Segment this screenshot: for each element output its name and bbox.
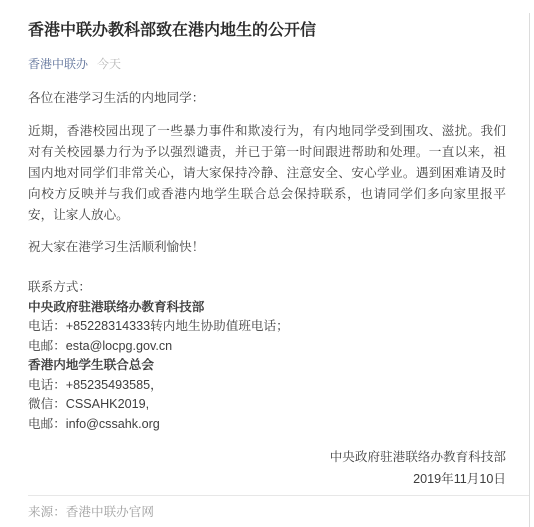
publish-date: 今天 (97, 57, 121, 71)
contact-line-wechat: 微信：CSSAHK2019, (28, 395, 506, 415)
contact-line-email: 电邮：esta@locpg.gov.cn (28, 337, 506, 357)
article-title: 香港中联办教科部致在港内地生的公开信 (28, 20, 506, 42)
main-paragraph: 近期，香港校园出现了一些暴力事件和欺凌行为，有内地同学受到围攻、滋扰。我们对有关… (28, 121, 506, 226)
signature-block: 中央政府驻港联络办教育科技部 2019年11月10日 (28, 446, 506, 490)
contact-line-email: 电邮：info@cssahk.org (28, 415, 506, 435)
salutation: 各位在港学习生活的内地同学： (28, 88, 506, 109)
article: 香港中联办教科部致在港内地生的公开信 香港中联办今天 各位在港学习生活的内地同学… (0, 0, 534, 520)
scrollbar[interactable] (529, 13, 530, 527)
article-body: 各位在港学习生活的内地同学： 近期，香港校园出现了一些暴力事件和欺凌行为，有内地… (28, 88, 506, 520)
signature-org: 中央政府驻港联络办教育科技部 (28, 446, 506, 468)
contact-line-phone: 电话：+85228314333转内地生协助值班电话； (28, 317, 506, 337)
wish-paragraph: 祝大家在港学习生活顺利愉快！ (28, 237, 506, 258)
byline: 香港中联办今天 (28, 57, 506, 71)
signature-date: 2019年11月10日 (28, 468, 506, 490)
account-name-link[interactable]: 香港中联办 (28, 57, 88, 71)
divider (28, 495, 530, 496)
contact-block: 联系方式： 中央政府驻港联络办教育科技部 电话：+85228314333转内地生… (28, 278, 506, 434)
contact-org-name: 香港内地学生联合总会 (28, 356, 506, 376)
contact-org-name: 中央政府驻港联络办教育科技部 (28, 298, 506, 318)
contact-heading: 联系方式： (28, 278, 506, 298)
source-line: 来源：香港中联办官网 (28, 505, 506, 520)
contact-line-phone: 电话：+85235493585， (28, 376, 506, 396)
